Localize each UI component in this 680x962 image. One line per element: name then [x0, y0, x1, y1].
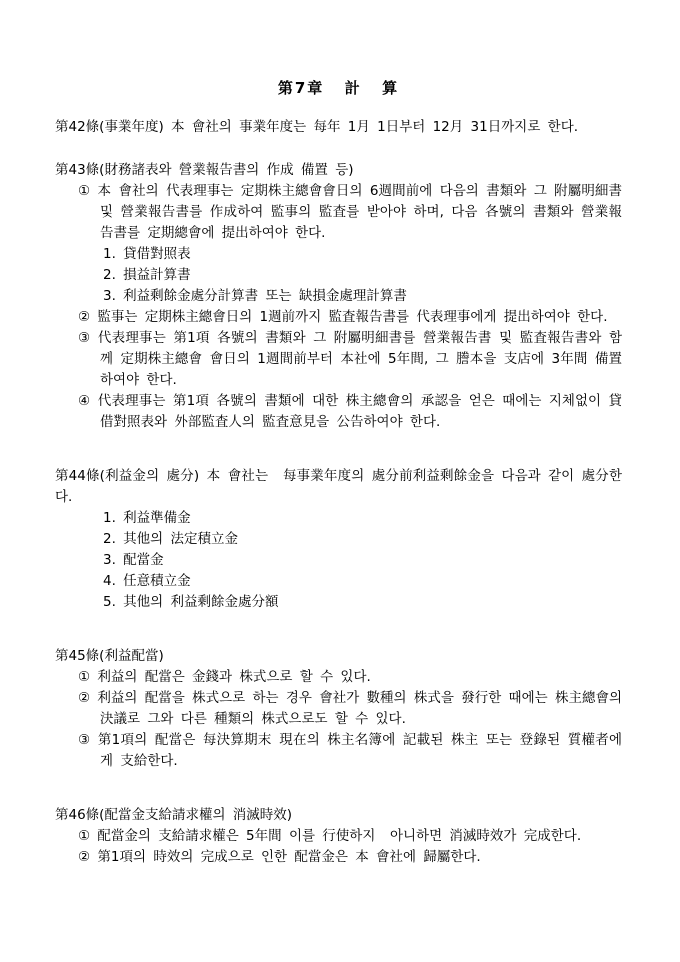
article-45-heading: 第45條(利益配當) — [55, 646, 622, 667]
article-42: 第42條(事業年度) 本 會社의 事業年度는 每年 1月 1日부터 12月 31… — [55, 117, 622, 138]
article-44-item-3: 3. 配當金 — [103, 550, 622, 571]
article-45-clause-3: ③ 第1項의 配當은 每決算期末 現在의 株主名簿에 記載된 株主 또는 登錄된… — [100, 730, 622, 772]
chapter-title: 第7章 計 算 — [55, 78, 622, 99]
article-43-clause-3: ③ 代表理事는 第1項 各號의 書類와 그 附屬明細書를 營業報告書 및 監査報… — [100, 328, 622, 391]
article-44-item-1: 1. 利益準備金 — [103, 508, 622, 529]
article-44-heading: 第44條(利益金의 處分) 本 會社는 每事業年度의 處分前利益剩餘金을 다음과… — [55, 466, 622, 508]
article-45-clause-2: ② 利益의 配當을 株式으로 하는 경우 會社가 數種의 株式을 發行한 때에는… — [100, 688, 622, 730]
article-43-heading: 第43條(財務諸表와 營業報告書의 作成 備置 등) — [55, 160, 622, 181]
article-46: 第46條(配當金支給請求權의 消滅時效) ① 配當金의 支給請求權은 5年間 이… — [55, 805, 622, 868]
article-44-item-5: 5. 其他의 利益剩餘金處分額 — [103, 592, 622, 613]
article-46-clause-1: ① 配當金의 支給請求權은 5年間 이를 行使하지 아니하면 消滅時效가 完成한… — [100, 826, 622, 847]
article-44-item-4: 4. 任意積立金 — [103, 571, 622, 592]
article-43-clause-2: ② 監事는 定期株主總會日의 1週前까지 監査報告書를 代表理事에게 提出하여야… — [100, 307, 622, 328]
article-44-item-2: 2. 其他의 法定積立金 — [103, 529, 622, 550]
article-43-item-1: 1. 貸借對照表 — [103, 244, 622, 265]
article-43-clause-1: ① 本 會社의 代表理事는 定期株主總會會日의 6週間前에 다음의 書類와 그 … — [100, 181, 622, 244]
article-46-heading: 第46條(配當金支給請求權의 消滅時效) — [55, 805, 622, 826]
article-43: 第43條(財務諸表와 營業報告書의 作成 備置 등) ① 本 會社의 代表理事는… — [55, 160, 622, 433]
article-43-clause-4: ④ 代表理事는 第1項 各號의 書類에 대한 株主總會의 承認을 얻은 때에는 … — [100, 391, 622, 433]
article-45-clause-1: ① 利益의 配當은 金錢과 株式으로 할 수 있다. — [100, 667, 622, 688]
article-45: 第45條(利益配當) ① 利益의 配當은 金錢과 株式으로 할 수 있다. ② … — [55, 646, 622, 772]
article-46-clause-2: ② 第1項의 時效의 完成으로 인한 配當金은 本 會社에 歸屬한다. — [100, 847, 622, 868]
article-42-heading: 第42條(事業年度) 本 會社의 事業年度는 每年 1月 1日부터 12月 31… — [55, 117, 622, 138]
article-44: 第44條(利益金의 處分) 本 會社는 每事業年度의 處分前利益剩餘金을 다음과… — [55, 466, 622, 613]
article-43-item-2: 2. 損益計算書 — [103, 265, 622, 286]
article-43-item-3: 3. 利益剩餘金處分計算書 또는 缺損金處理計算書 — [103, 286, 622, 307]
document-page: 第7章 計 算 第42條(事業年度) 本 會社의 事業年度는 每年 1月 1日부… — [0, 0, 680, 962]
